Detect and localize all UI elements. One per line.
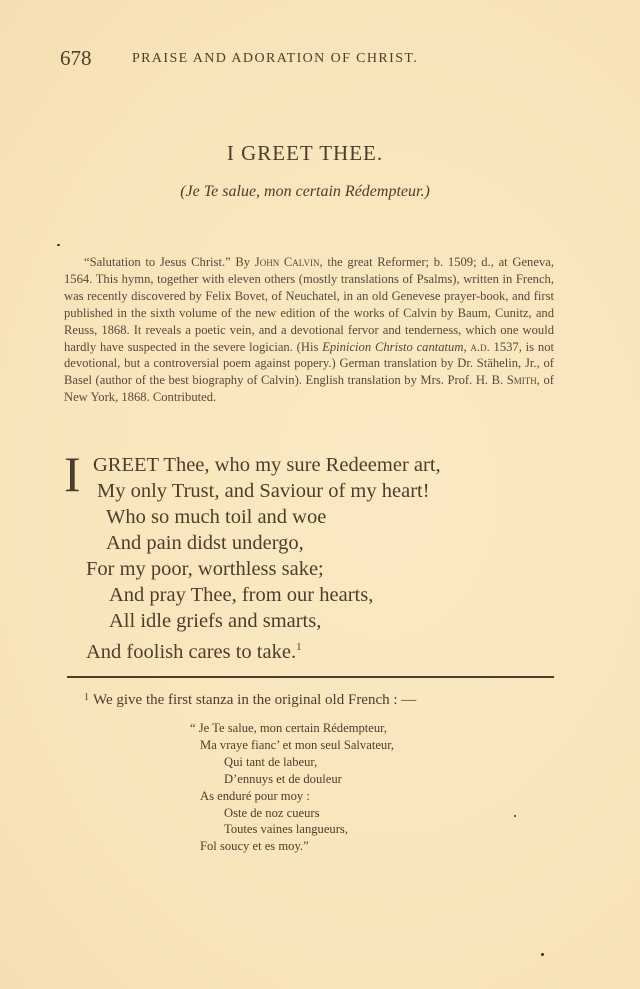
paper-speck [514,815,516,817]
hymn-note: “Salutation to Jesus Christ.” By John Ca… [64,254,554,406]
verse-line: GREET Thee, who my sure Redeemer art, [64,452,544,478]
page-header: 678 PRAISE AND ADORATION OF CHRIST. [60,46,520,76]
hymn-verse: I GREET Thee, who my sure Redeemer art, … [64,452,544,665]
french-line: D’ennuys et de douleur [190,771,394,788]
page-number: 678 [60,46,92,71]
verse-line: And pray Thee, from our hearts, [64,582,544,608]
note-translator: Smith [507,373,537,387]
note-author: John Calvin [255,255,320,269]
french-line: As enduré pour moy : [190,788,394,805]
verse-line: For my poor, worthless sake; [64,556,544,582]
verse-line: Who so much toil and woe [64,504,544,530]
verse-line: And foolish cares to take. [86,641,296,663]
french-line: “ Je Te salue, mon certain Rédempteur, [190,720,394,737]
book-page: 678 PRAISE AND ADORATION OF CHRIST. I GR… [0,0,640,989]
verse-line: And pain didst undergo, [64,530,544,556]
footnote-marker: 1 [84,692,89,703]
french-line: Oste de noz cueurs [190,805,394,822]
note-text: “Salutation to Jesus Christ.” By [84,255,255,269]
footnote-reference[interactable]: 1 [296,641,302,653]
footnote-text: We give the first stanza in the original… [93,692,416,708]
footnote-divider [67,676,554,678]
paper-speck [57,244,60,246]
french-line: Fol soucy et es moy.” [190,838,394,855]
french-line: Ma vraye fianc’ et mon seul Salvateur, [190,737,394,754]
french-line: Qui tant de labeur, [190,754,394,771]
paper-speck [541,953,544,956]
verse-line: My only Trust, and Saviour of my heart! [64,478,544,504]
hymn-title: I GREET THEE. [0,141,610,166]
verse-line: All idle griefs and smarts, [64,608,544,634]
drop-cap: I [64,452,81,496]
note-era: a.d. [470,340,489,354]
note-paragraph: “Salutation to Jesus Christ.” By John Ca… [64,254,554,406]
french-line: Toutes vaines langueurs, [190,821,394,838]
hymn-subtitle: (Je Te salue, mon certain Rédempteur.) [0,183,610,201]
note-work-title: Epinicion Christo cantatum [322,340,463,354]
footnote: 1We give the first stanza in the origina… [84,692,416,709]
running-head: PRAISE AND ADORATION OF CHRIST. [132,51,418,67]
french-stanza: “ Je Te salue, mon certain Rédempteur, M… [190,720,394,855]
